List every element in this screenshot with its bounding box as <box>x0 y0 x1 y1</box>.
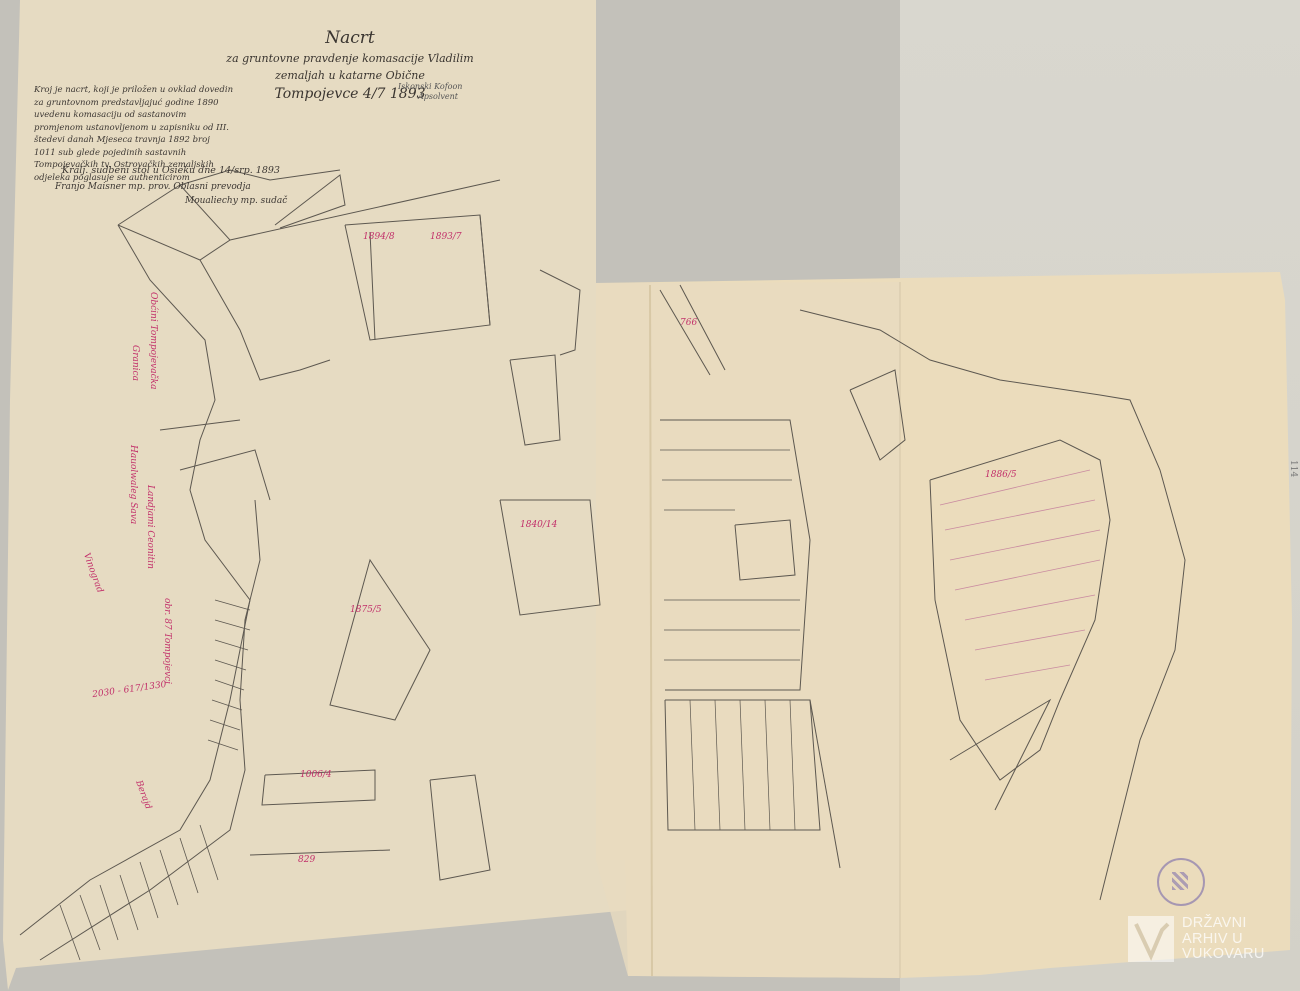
map-label-road: Hauolwaleg Sava <box>128 445 138 524</box>
parcel-number: 1893/7 <box>430 232 462 242</box>
clerk-line-1: Franjo Maisner mp. prov. Oblasni prevodj… <box>55 182 251 192</box>
document-title: Nacrt <box>200 28 500 48</box>
surveyor-signature: Iskonski Kofoon Apsolvent <box>398 82 462 102</box>
archive-stamp <box>1157 858 1205 906</box>
margin-number: 114 <box>1288 460 1298 477</box>
archive-logo-icon <box>1128 916 1174 962</box>
map-label-boundary: Granica <box>130 345 140 381</box>
parcel-number: 1006/4 <box>300 770 332 780</box>
map-label-municipality: Obćini Tompojevačka <box>148 292 158 389</box>
parcel-number: 829 <box>298 855 315 865</box>
parcel-number: 1886/5 <box>985 470 1017 480</box>
signature-line-2: Apsolvent <box>398 92 462 102</box>
signature-line-1: Iskonski Kofoon <box>398 82 462 92</box>
archive-name-line-2: ARHIV U <box>1182 932 1265 948</box>
parcel-number: 1894/8 <box>363 232 395 242</box>
archive-name: DRŽAVNI ARHIV U VUKOVARU <box>1182 916 1265 963</box>
coat-of-arms-icon <box>1172 872 1188 890</box>
map-label-lands: Landjami Ceonitin <box>145 485 155 569</box>
document-subtitle-1: za gruntovne pravdenje komasacije Vladil… <box>200 50 500 67</box>
parcel-number: 766 <box>680 318 697 328</box>
archive-name-line-1: DRŽAVNI <box>1182 916 1265 932</box>
court-line: Kralj. sudbeni stol u Osieku dne 14/srp.… <box>62 165 280 176</box>
archive-watermark: DRŽAVNI ARHIV U VUKOVARU <box>1128 916 1265 963</box>
parcel-number: 1840/14 <box>520 520 557 530</box>
clerk-line-2: Moualiechy mp. sudač <box>185 196 287 206</box>
parcel-number: 1875/5 <box>350 605 382 615</box>
archive-name-line-3: VUKOVARU <box>1182 947 1265 963</box>
map-label-parcel-ref: obr. 87 Tompojevci <box>162 598 172 684</box>
